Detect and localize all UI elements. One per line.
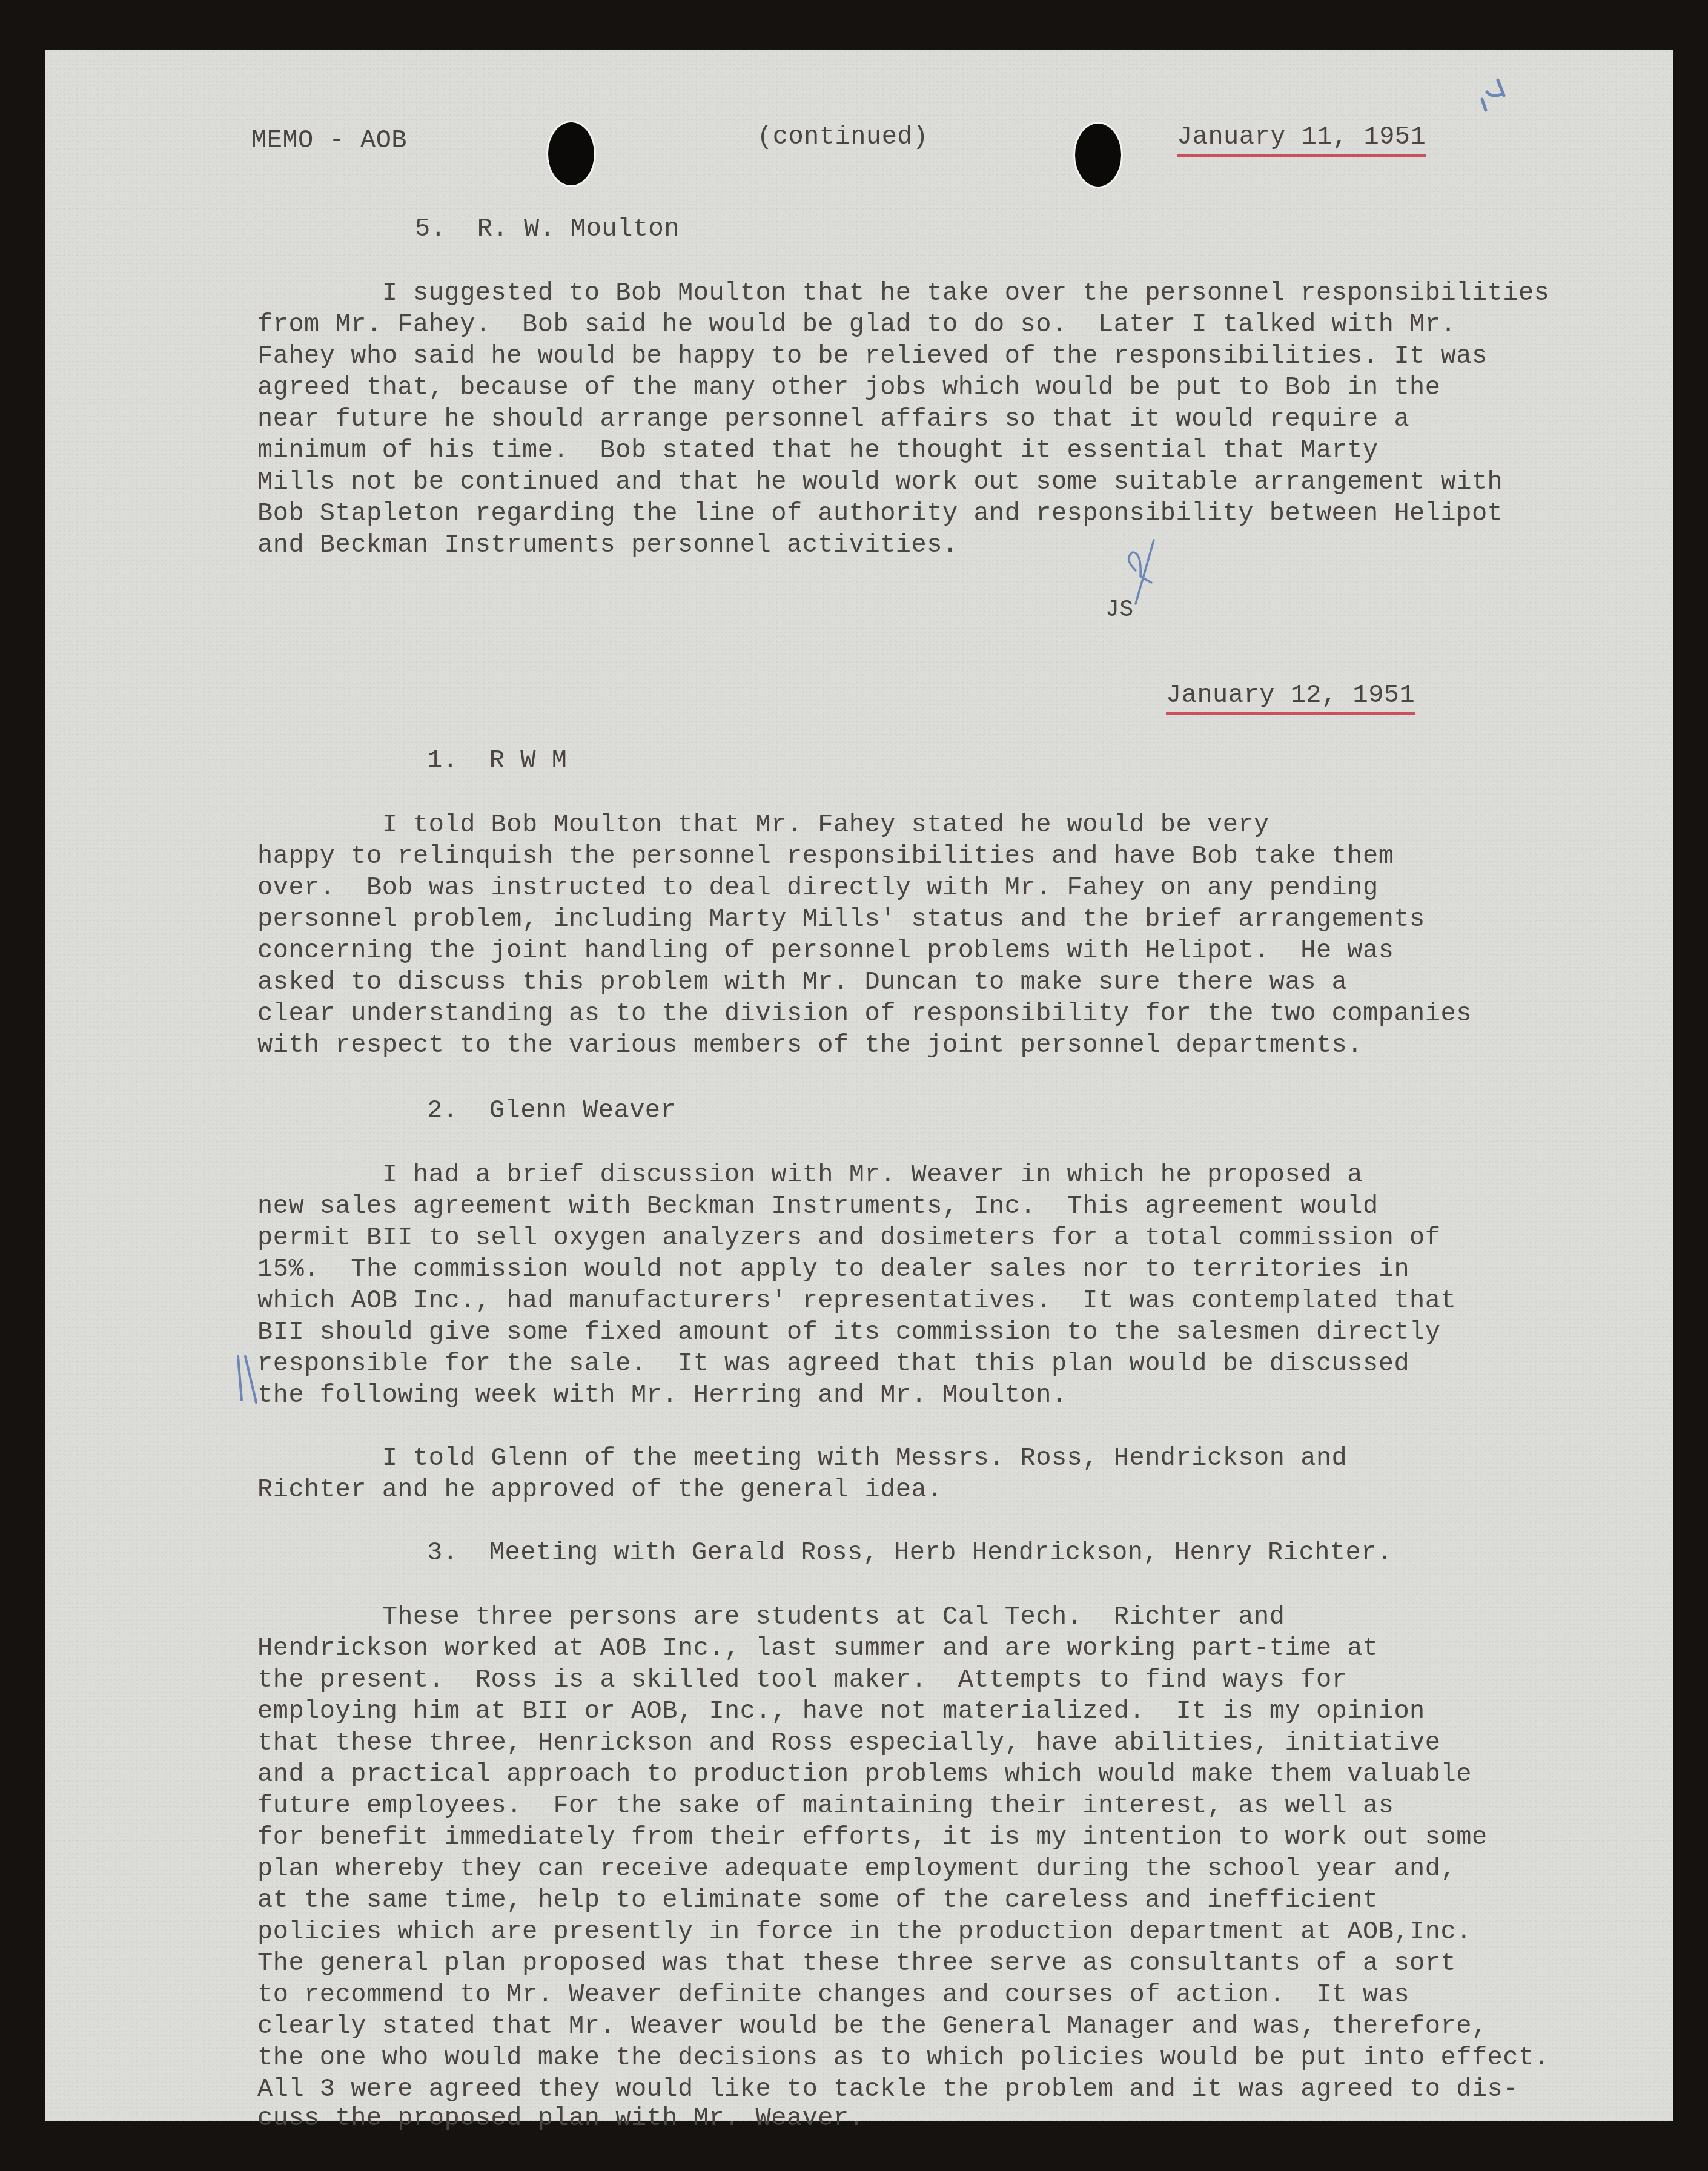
memo-header-left: MEMO - AOB [251,125,407,156]
text-line: with respect to the various members of t… [257,1029,1363,1061]
text-line: over. Bob was instructed to deal directl… [257,872,1379,904]
item-5-heading: 5. R. W. Moulton [415,213,680,245]
text-line: minimum of his time. Bob stated that he … [257,435,1379,466]
page-number-mark-icon [1475,74,1523,122]
text-line: that these three, Henrickson and Ross es… [257,1727,1441,1759]
text-line: Hendrickson worked at AOB Inc., last sum… [257,1633,1379,1664]
text-line: Mills not be continued and that he would… [257,466,1503,498]
text-line: I suggested to Bob Moulton that he take … [257,277,1549,309]
text-line: and a practical approach to production p… [257,1759,1472,1790]
punch-hole-right [1075,124,1121,187]
text-line: near future he should arrange personnel … [257,403,1409,435]
text-line: clear understanding as to the division o… [257,998,1472,1029]
text-line: clearly stated that Mr. Weaver would be … [257,2011,1488,2042]
text-line: which AOB Inc., had manufacturers' repre… [257,1285,1456,1317]
text-line: Bob Stapleton regarding the line of auth… [257,498,1503,529]
memo-date-jan11: January 11, 1951 [1177,121,1426,157]
text-line: concerning the joint handling of personn… [257,935,1394,967]
text-line: asked to discuss this problem with Mr. D… [257,967,1347,998]
text-line: responsible for the sale. It was agreed … [257,1348,1409,1380]
text-line: cuss the proposed plan with Mr. Weaver. [257,2103,864,2134]
text-line: Fahey who said he would be happy to be r… [257,340,1488,372]
text-line: employing him at BII or AOB, Inc., have … [257,1696,1425,1727]
punch-hole-left [548,122,594,185]
text-line: I told Glenn of the meeting with Messrs.… [257,1442,1347,1474]
text-line: permit BII to sell oxygen analyzers and … [257,1222,1441,1254]
margin-mark-icon [233,1352,263,1412]
text-line: All 3 were agreed they would like to tac… [257,2074,1518,2105]
text-line: I told Bob Moulton that Mr. Fahey stated… [257,809,1269,841]
text-line: agreed that, because of the many other j… [257,372,1441,403]
memo-page: MEMO - AOB (continued) January 11, 1951 … [45,50,1673,2121]
text-line: from Mr. Fahey. Bob said he would be gla… [257,309,1456,340]
text-line: The general plan proposed was that these… [257,1948,1456,1979]
text-line: I had a brief discussion with Mr. Weaver… [257,1159,1363,1191]
text-line: These three persons are students at Cal … [257,1601,1285,1633]
text-line: policies which are presently in force in… [257,1916,1472,1948]
typed-initials: JS [1105,595,1134,626]
text-line: personnel problem, including Marty Mills… [257,904,1425,935]
text-line: and Beckman Instruments personnel activi… [257,529,958,561]
text-line: future employees. For the sake of mainta… [257,1790,1394,1822]
item-1-heading: 1. R W M [427,745,567,776]
text-line: 15%. The commission would not apply to d… [257,1254,1409,1285]
text-line: new sales agreement with Beckman Instrum… [257,1191,1379,1222]
text-line: to recommend to Mr. Weaver definite chan… [257,1979,1409,2011]
item-2-heading: 2. Glenn Weaver [427,1095,676,1126]
memo-header-center: (continued) [757,121,928,153]
item-3-heading: 3. Meeting with Gerald Ross, Herb Hendri… [427,1537,1392,1568]
text-line: happy to relinquish the personnel respon… [257,841,1394,872]
text-line: plan whereby they can receive adequate e… [257,1853,1456,1885]
text-line: at the same time, help to eliminate some… [257,1885,1379,1916]
text-line: the present. Ross is a skilled tool make… [257,1664,1347,1696]
text-line: the one who would make the decisions as … [257,2042,1549,2074]
text-line: BII should give some fixed amount of its… [257,1317,1441,1348]
text-line: for benefit immediately from their effor… [257,1822,1488,1853]
text-line: Richter and he approved of the general i… [257,1474,942,1505]
memo-date-jan12: January 12, 1951 [1166,679,1415,715]
text-line: the following week with Mr. Herring and … [257,1380,1067,1411]
